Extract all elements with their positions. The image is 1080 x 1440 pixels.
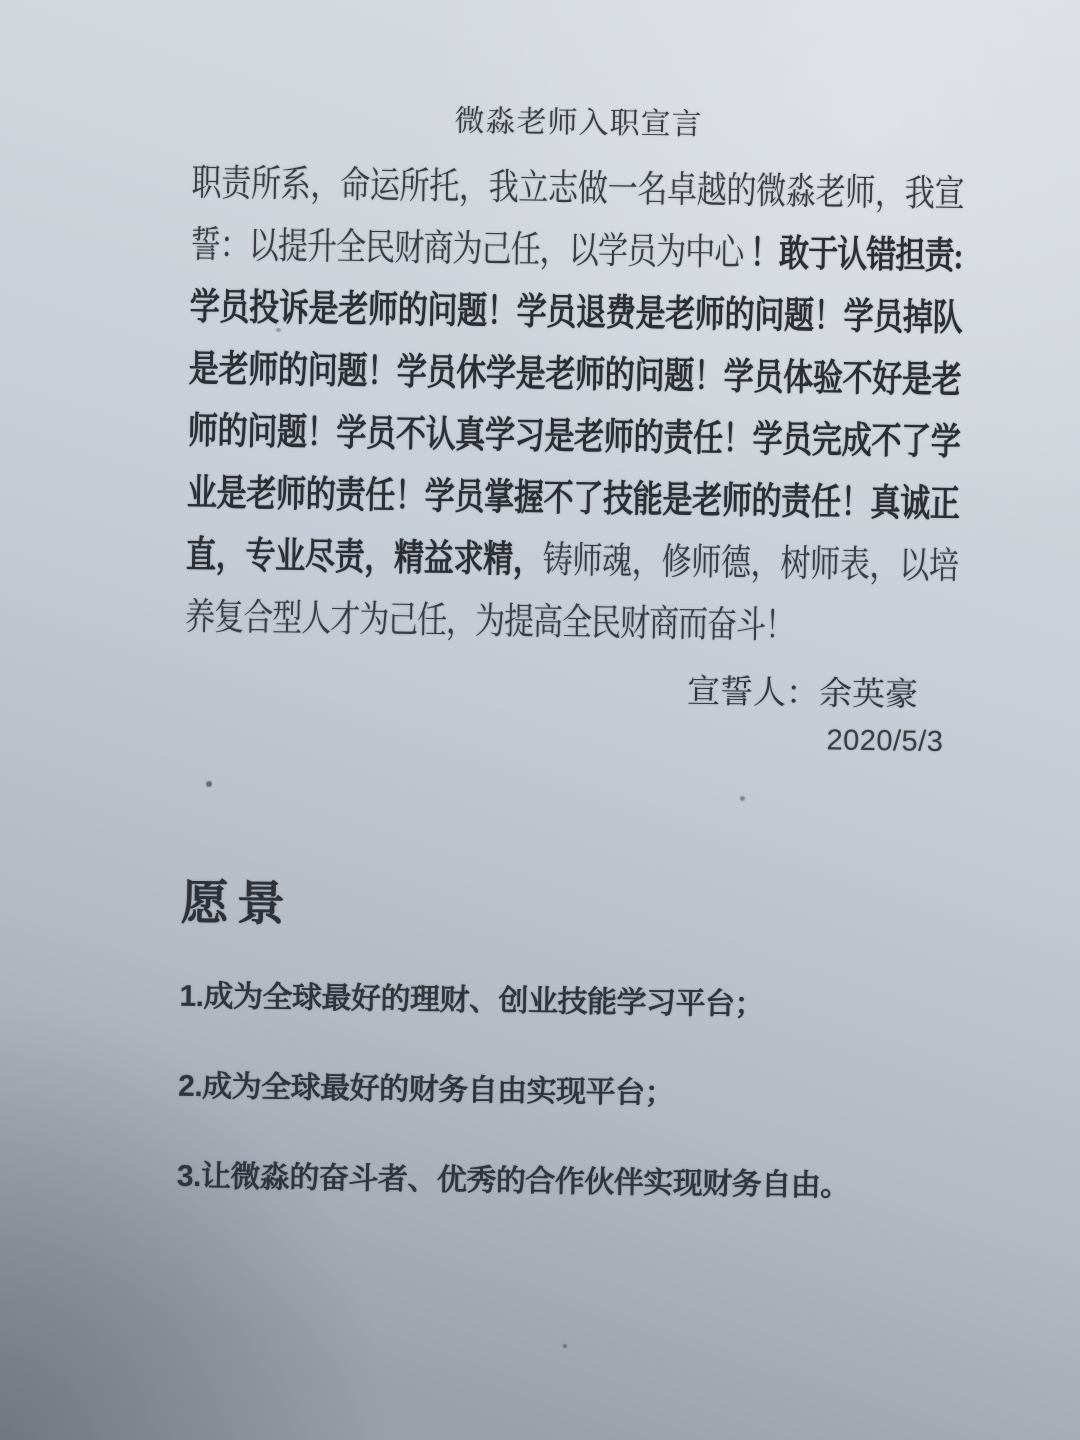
dust-speck: [563, 1344, 567, 1348]
vision-heading: 愿景: [180, 874, 953, 945]
declaration-text-bold: 直，专业尽责，精益求精，: [186, 535, 543, 581]
declaration-text-bold: ！敢于认错担责:: [750, 233, 963, 277]
dust-speck: [740, 796, 745, 801]
declaration-paragraph: 职责所系，命运所托，我立志做一名卓越的微淼老师，我宣 誓：以提升全民财商为己任，…: [185, 153, 964, 660]
declaration-line: 养复合型人才为己任，为提高全民财商而奋斗！: [185, 587, 958, 660]
declaration-line: 是老师的问题！学员休学是老师的问题！学员体验不好是老: [188, 339, 961, 412]
declaration-line: 业是老师的责任！学员掌握不了技能是老师的责任！真诚正: [187, 463, 960, 536]
declaration-text-bold: 学员投诉是老师的问题！学员退费是老师的问题！学员掉队: [189, 287, 962, 339]
declaration-line: 师的问题！学员不认真学习是老师的责任！学员完成不了学: [187, 401, 960, 474]
paper-sheet: 微淼老师入职宣言 职责所系，命运所托，我立志做一名卓越的微淼老师，我宣 誓：以提…: [0, 0, 1080, 1440]
dust-speck: [206, 781, 212, 787]
vision-item-2: 2.成为全球最好的财务自由实现平台；: [178, 1067, 951, 1118]
declaration-text: 铸师魂，修师德，树师表，以培: [542, 540, 958, 587]
date-line: 2020/5/3: [183, 713, 955, 760]
vision-item-1: 1.成为全球最好的理财、创业技能学习平台；: [179, 977, 952, 1028]
declaration-text-bold: 师的问题！学员不认真学习是老师的责任！学员完成不了学: [188, 411, 961, 463]
text-column: 微淼老师入职宣言 职责所系，命运所托，我立志做一名卓越的微淼老师，我宣 誓：以提…: [177, 0, 967, 1208]
declaration-line: 誓：以提升全民财商为己任，以学员为中心 ！敢于认错担责:: [190, 215, 963, 288]
signature-line: 宣誓人：余英豪: [184, 663, 957, 718]
declaration-text-bold: 是老师的问题！学员休学是老师的问题！学员体验不好是老: [189, 349, 962, 401]
declaration-line: 直，专业尽责，精益求精，铸师魂，修师德，树师表，以培: [186, 525, 959, 598]
declaration-lines: 职责所系，命运所托，我立志做一名卓越的微淼老师，我宣 誓：以提升全民财商为己任，…: [185, 153, 964, 660]
declaration-text-bold: 业是老师的责任！学员掌握不了技能是老师的责任！真诚正: [187, 473, 960, 525]
declaration-text: 誓：以提升全民财商为己任，以学员为中心: [190, 225, 750, 274]
declaration-text: 职责所系，命运所托，我立志做一名卓越的微淼老师，我宣: [191, 163, 964, 215]
vision-item-3: 3.让微淼的奋斗者、优秀的合作伙伴实现财务自由。: [177, 1157, 950, 1208]
declaration-text: 养复合型人才为己任，为提高全民财商而奋斗！: [185, 597, 795, 647]
document-title: 微淼老师入职宣言: [192, 101, 964, 146]
declaration-line: 学员投诉是老师的问题！学员退费是老师的问题！学员掉队: [189, 277, 962, 350]
declaration-line: 职责所系，命运所托，我立志做一名卓越的微淼老师，我宣: [191, 153, 964, 226]
photographed-document: 微淼老师入职宣言 职责所系，命运所托，我立志做一名卓越的微淼老师，我宣 誓：以提…: [0, 0, 1080, 1440]
dust-speck: [276, 328, 281, 332]
